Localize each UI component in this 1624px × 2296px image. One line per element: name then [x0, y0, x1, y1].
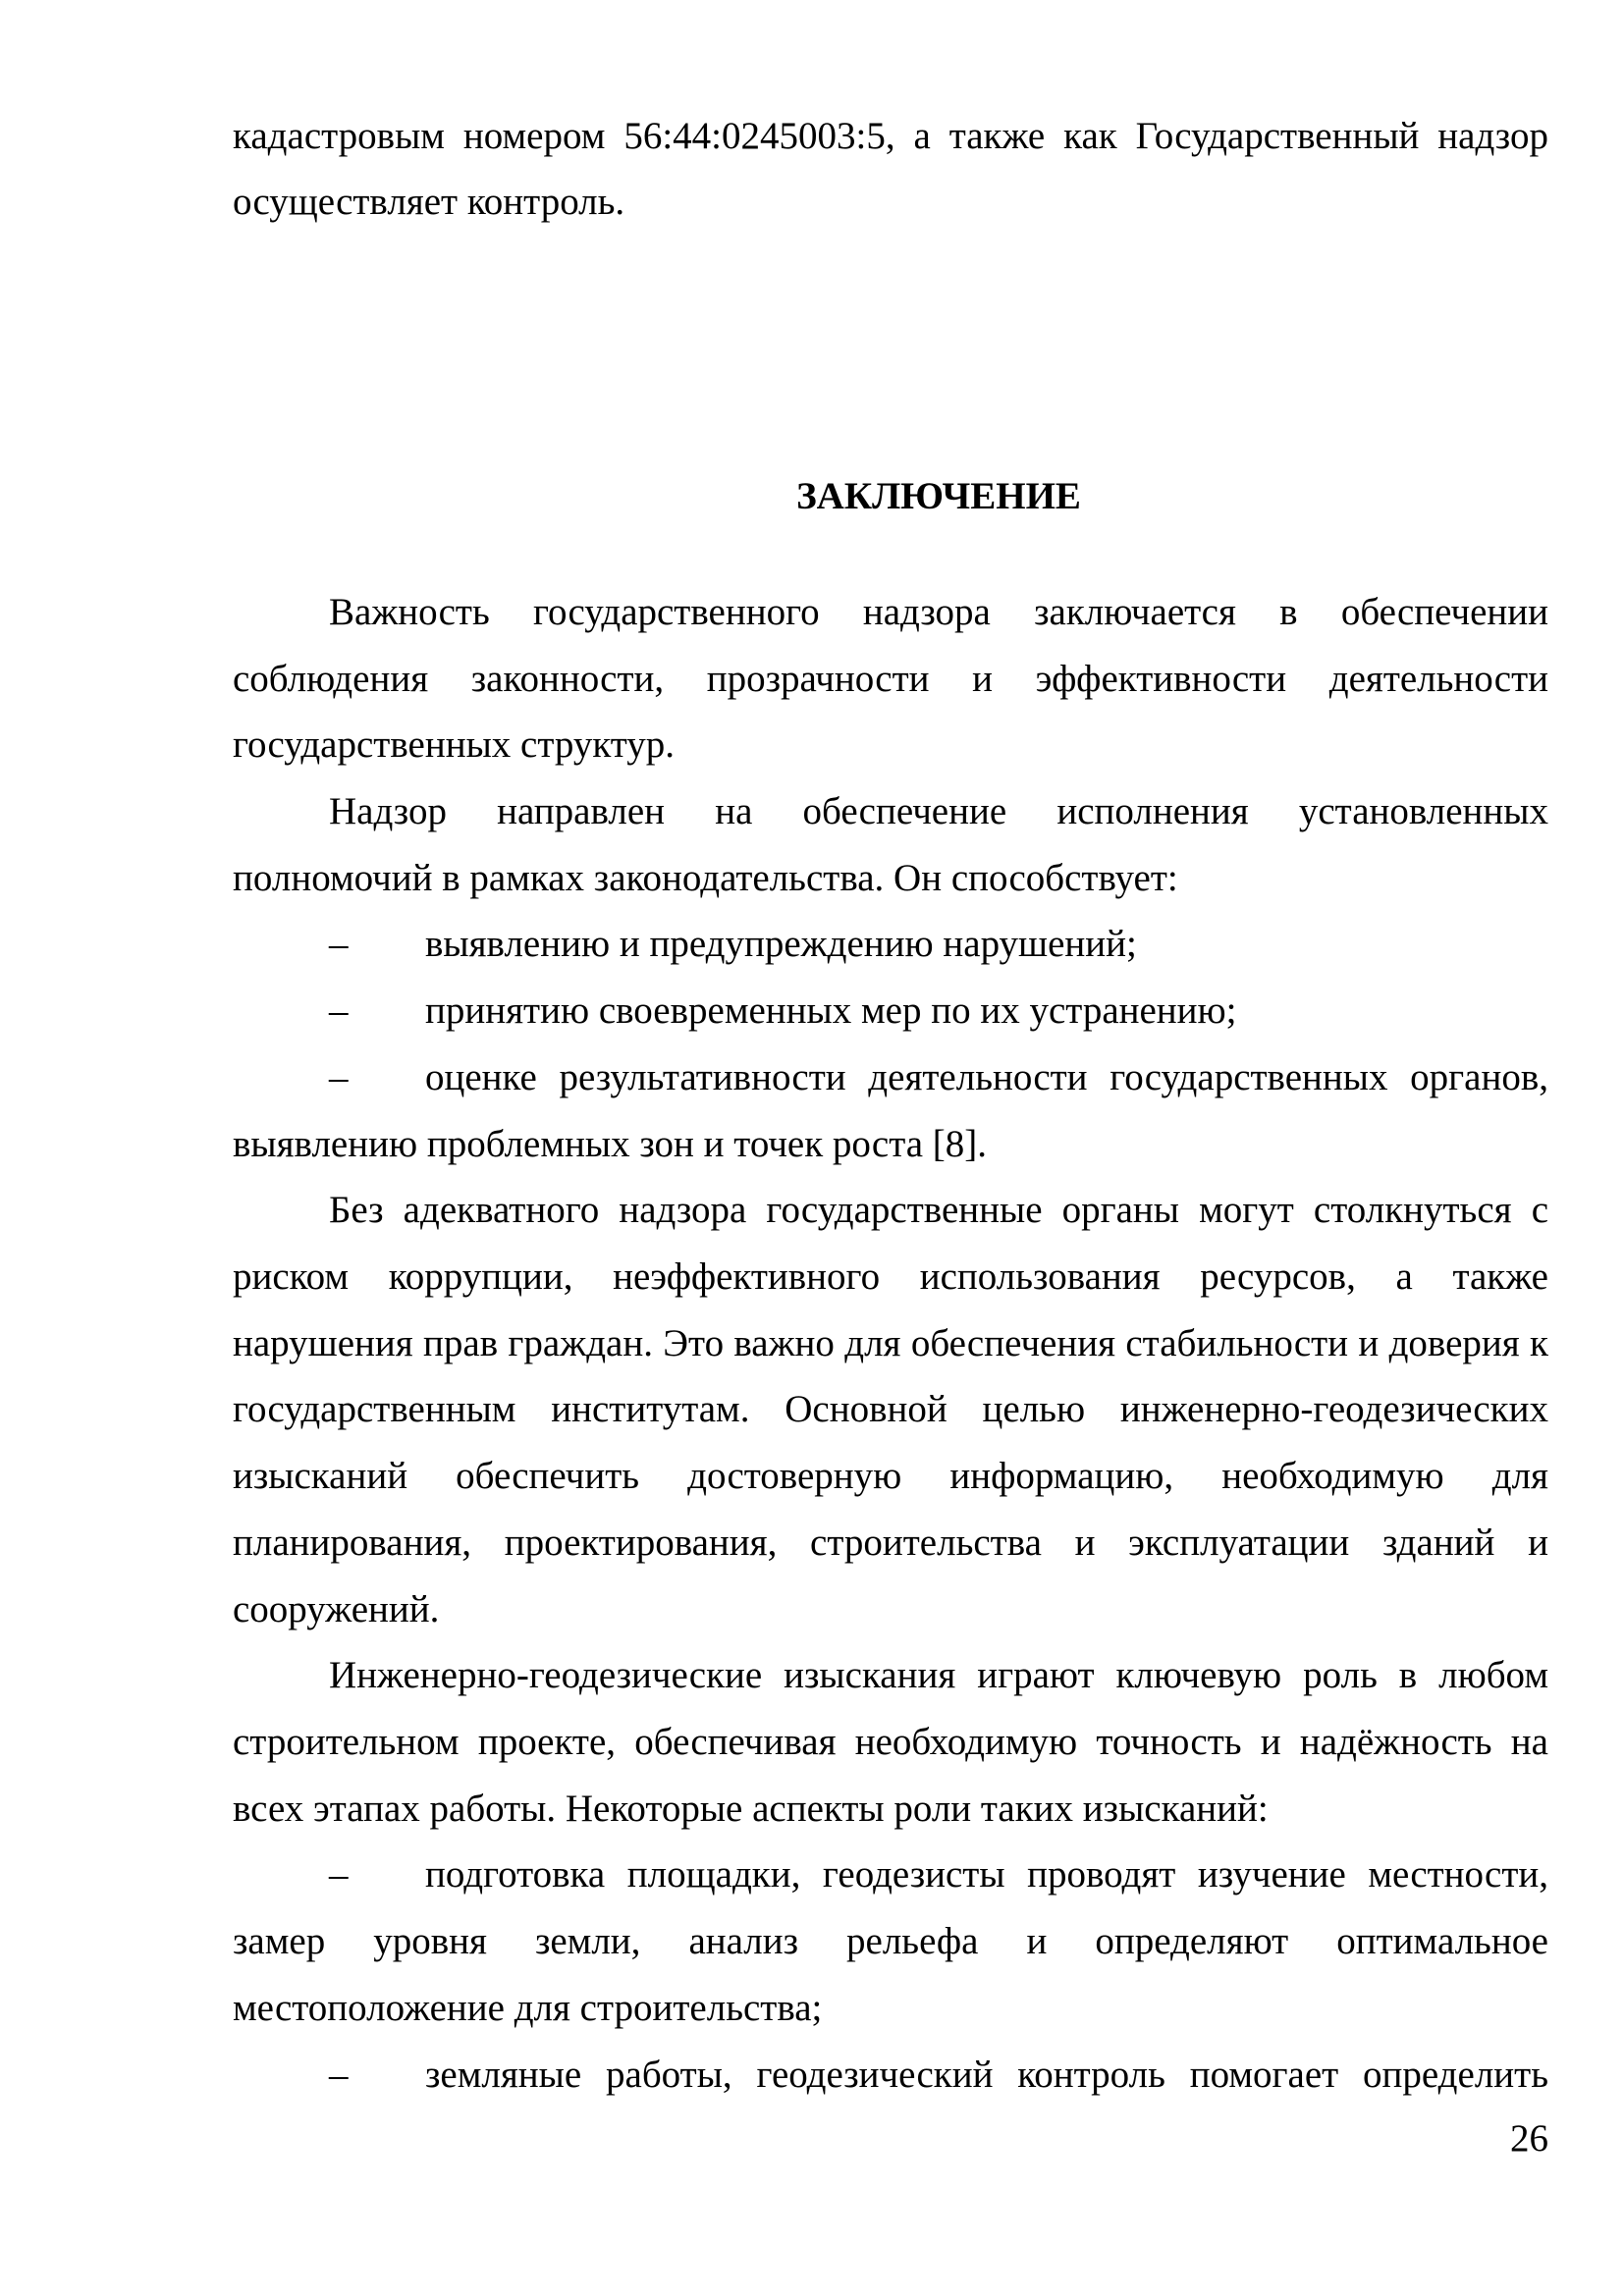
paragraph-line: нарушения прав граждан. Это важно для об…: [233, 1320, 1548, 1367]
paragraph-line: сооружений.: [233, 1586, 1548, 1633]
paragraph-line: государственных структур.: [233, 721, 1548, 769]
paragraph-line: государственным институтам. Основной цел…: [233, 1386, 1548, 1433]
list-item-continuation: замер уровня земли, анализ рельефа и опр…: [233, 1918, 1548, 1965]
page-number: 26: [1450, 2115, 1548, 2163]
paragraph-line: полномочий в рамках законодательства. Он…: [233, 855, 1548, 902]
paragraph-line: всех этапах работы. Некоторые аспекты ро…: [233, 1786, 1548, 1833]
list-item: подготовка площадки, геодезисты проводят…: [425, 1851, 1548, 1898]
list-item-continuation: местоположение для строительства;: [233, 1985, 1548, 2032]
list-item: земляные работы, геодезический контроль …: [425, 2052, 1548, 2099]
paragraph-line: Надзор направлен на обеспечение исполнен…: [329, 788, 1548, 835]
paragraph-line: планирования, проектирования, строительс…: [233, 1520, 1548, 1567]
section-heading: ЗАКЛЮЧЕНИЕ: [329, 473, 1548, 520]
paragraph-line: Без адекватного надзора государственные …: [329, 1187, 1548, 1234]
list-bullet: –: [329, 921, 349, 968]
list-item: принятию своевременных мер по их устране…: [425, 988, 1548, 1035]
list-bullet: –: [329, 1851, 349, 1898]
paragraph-line: изысканий обеспечить достоверную информа…: [233, 1453, 1548, 1500]
paragraph-line: строительном проекте, обеспечивая необхо…: [233, 1719, 1548, 1766]
continuation-line: кадастровым номером 56:44:0245003:5, а т…: [233, 113, 1548, 160]
list-bullet: –: [329, 2052, 349, 2099]
list-item: выявлению и предупреждению нарушений;: [425, 921, 1548, 968]
list-item-continuation: выявлению проблемных зон и точек роста […: [233, 1121, 1548, 1168]
paragraph-line: Важность государственного надзора заключ…: [329, 589, 1548, 636]
list-bullet: –: [329, 988, 349, 1035]
list-item: оценке результативности деятельности гос…: [425, 1054, 1548, 1101]
paragraph-line: соблюдения законности, прозрачности и эф…: [233, 656, 1548, 703]
paragraph-line: Инженерно-геодезические изыскания играют…: [329, 1652, 1548, 1699]
continuation-line: осуществляет контроль.: [233, 179, 1548, 226]
document-page: кадастровым номером 56:44:0245003:5, а т…: [0, 0, 1624, 2296]
paragraph-line: риском коррупции, неэффективного использ…: [233, 1254, 1548, 1301]
list-bullet: –: [329, 1054, 349, 1101]
